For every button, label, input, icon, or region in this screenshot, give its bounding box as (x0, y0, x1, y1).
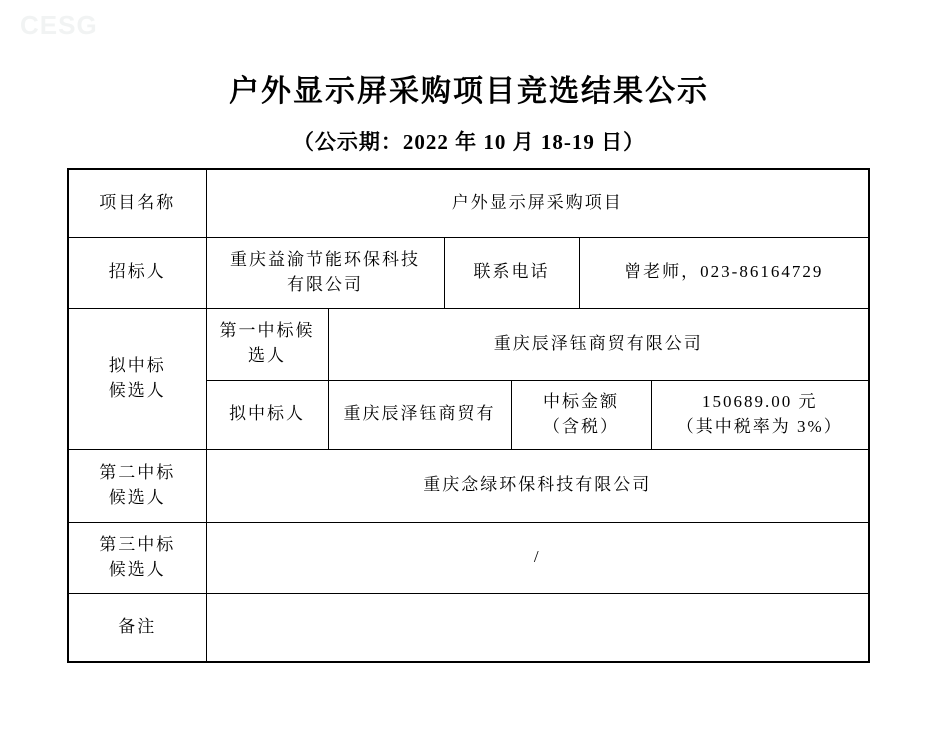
first-candidate-value: 重庆辰泽钰商贸有限公司 (328, 308, 869, 380)
second-candidate-label: 第二中标 候选人 (68, 449, 206, 522)
proposed-winner-group-label: 拟中标 候选人 (68, 308, 206, 449)
table-row: 招标人 重庆益渝节能环保科技 有限公司 联系电话 曾老师，023-8616472… (68, 237, 869, 308)
project-name-value: 户外显示屏采购项目 (206, 169, 869, 237)
contact-phone-label: 联系电话 (444, 237, 579, 308)
cesg-watermark: CESG (20, 10, 98, 41)
bid-result-table: 项目名称 户外显示屏采购项目 招标人 重庆益渝节能环保科技 有限公司 联系电话 … (67, 168, 870, 663)
page-title: 户外显示屏采购项目竞选结果公示 (0, 66, 938, 110)
first-candidate-label: 第一中标候 选人 (206, 308, 328, 380)
third-candidate-value: / (206, 522, 869, 593)
remarks-value (206, 593, 869, 662)
publicity-period-subtitle: （公示期：2022 年 10 月 18-19 日） (0, 126, 938, 156)
table-row: 备注 (68, 593, 869, 662)
table-row: 第二中标 候选人 重庆念绿环保科技有限公司 (68, 449, 869, 522)
award-amount-value: 150689.00 元 （其中税率为 3%） (651, 380, 869, 449)
document-page: CESG 户外显示屏采购项目竞选结果公示 （公示期：2022 年 10 月 18… (0, 0, 938, 741)
table-row: 第三中标 候选人 / (68, 522, 869, 593)
award-amount-label: 中标金额 （含税） (511, 380, 651, 449)
remarks-label: 备注 (68, 593, 206, 662)
table-row: 拟中标 候选人 第一中标候 选人 重庆辰泽钰商贸有限公司 (68, 308, 869, 380)
proposed-winner-value: 重庆辰泽钰商贸有 (328, 380, 511, 449)
contact-phone-value: 曾老师，023-86164729 (579, 237, 869, 308)
proposed-winner-label: 拟中标人 (206, 380, 328, 449)
second-candidate-value: 重庆念绿环保科技有限公司 (206, 449, 869, 522)
project-name-label: 项目名称 (68, 169, 206, 237)
tenderer-label: 招标人 (68, 237, 206, 308)
third-candidate-label: 第三中标 候选人 (68, 522, 206, 593)
tenderer-value: 重庆益渝节能环保科技 有限公司 (206, 237, 444, 308)
table-row: 项目名称 户外显示屏采购项目 (68, 169, 869, 237)
